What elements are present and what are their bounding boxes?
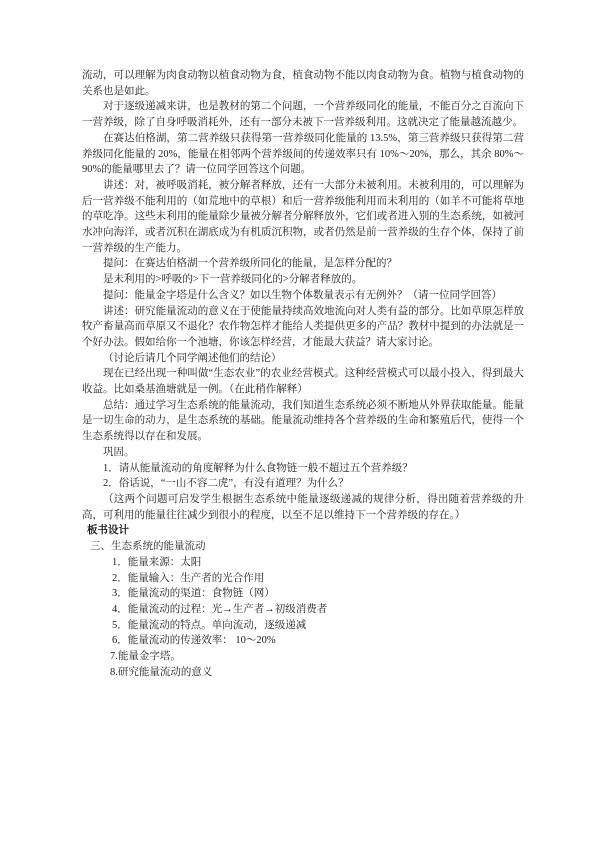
paragraph: 1．请从能量流动的角度解释为什么食物链一般不超过五个营养级？ <box>82 461 524 477</box>
paragraph: 提问：在赛达伯格湖一个营养级所同化的能量，是怎样分配的？ <box>82 256 524 272</box>
outline-item: 3．能量流动的渠道：食物链（网） <box>112 586 524 602</box>
board-design-heading: 板书设计 <box>87 523 524 539</box>
paragraph: 在赛达伯格湖，第二营养级只获得第一营养级同化能量的 13.5%，第三营养级只获得… <box>82 131 524 178</box>
paragraph: 提问：能量金字塔是什么含义？如以生物个体数量表示有无例外？（请一位同学回答） <box>82 288 524 304</box>
outline-item: 1．能量来源：太阳 <box>112 555 524 571</box>
outline-item: 8.研究能量流动的意义 <box>110 665 524 681</box>
paragraph: （这两个问题可启发学生根据生态系统中能量逐级递减的规律分析，得出随着营养级的升高… <box>82 492 524 523</box>
paragraph: 是未利用的>呼吸的>下一营养级同化的>分解者释放的。 <box>82 272 524 288</box>
document-page: 流动，可以理解为肉食动物以植食动物为食，植食动物不能以肉食动物为食。植物与植食动… <box>0 0 595 841</box>
paragraph: 讲述：对，被呼吸消耗，被分解者释放，还有一大部分未被利用。未被利用的，可以理解为… <box>82 178 524 257</box>
outline-item: 5．能量流动的特点。单向流动，逐级递减 <box>112 618 524 634</box>
paragraph: （讨论后请几个同学阐述他们的结论） <box>82 351 524 367</box>
paragraph: 总结：通过学习生态系统的能量流动，我们知道生态系统必须不断地从外界获取能量。能量… <box>82 398 524 445</box>
outline-title: 三、生态系统的能量流动 <box>90 539 524 555</box>
paragraph: 对于逐级递减来讲，也是教材的第二个问题，一个营养级同化的能量，不能百分之百流向下… <box>82 99 524 130</box>
outline-item: 7.能量金字塔。 <box>110 649 524 665</box>
paragraph: 2．俗话说，“一山不容二虎”，有没有道理？为什么？ <box>82 476 524 492</box>
paragraph: 流动，可以理解为肉食动物以植食动物为食，植食动物不能以肉食动物为食。植物与植食动… <box>82 68 524 99</box>
outline-item: 2．能量输入：生产者的光合作用 <box>112 571 524 587</box>
paragraph: 现在已经出现一种叫做“生态农业”的农业经营模式。这种经营模式可以最小投入，得到最… <box>82 366 524 397</box>
outline-item: 6．能量流动的传递效率： 10～20% <box>112 633 524 649</box>
paragraph: 讲述：研究能量流动的意义在于使能量持续高效地流向对人类有益的部分。比如草原怎样放… <box>82 304 524 351</box>
paragraph: 巩固。 <box>82 445 524 461</box>
document-body: 流动，可以理解为肉食动物以植食动物为食，植食动物不能以肉食动物为食。植物与植食动… <box>82 68 524 680</box>
outline-item: 4．能量流动的过程：光→生产者→初级消费者 <box>112 602 524 618</box>
